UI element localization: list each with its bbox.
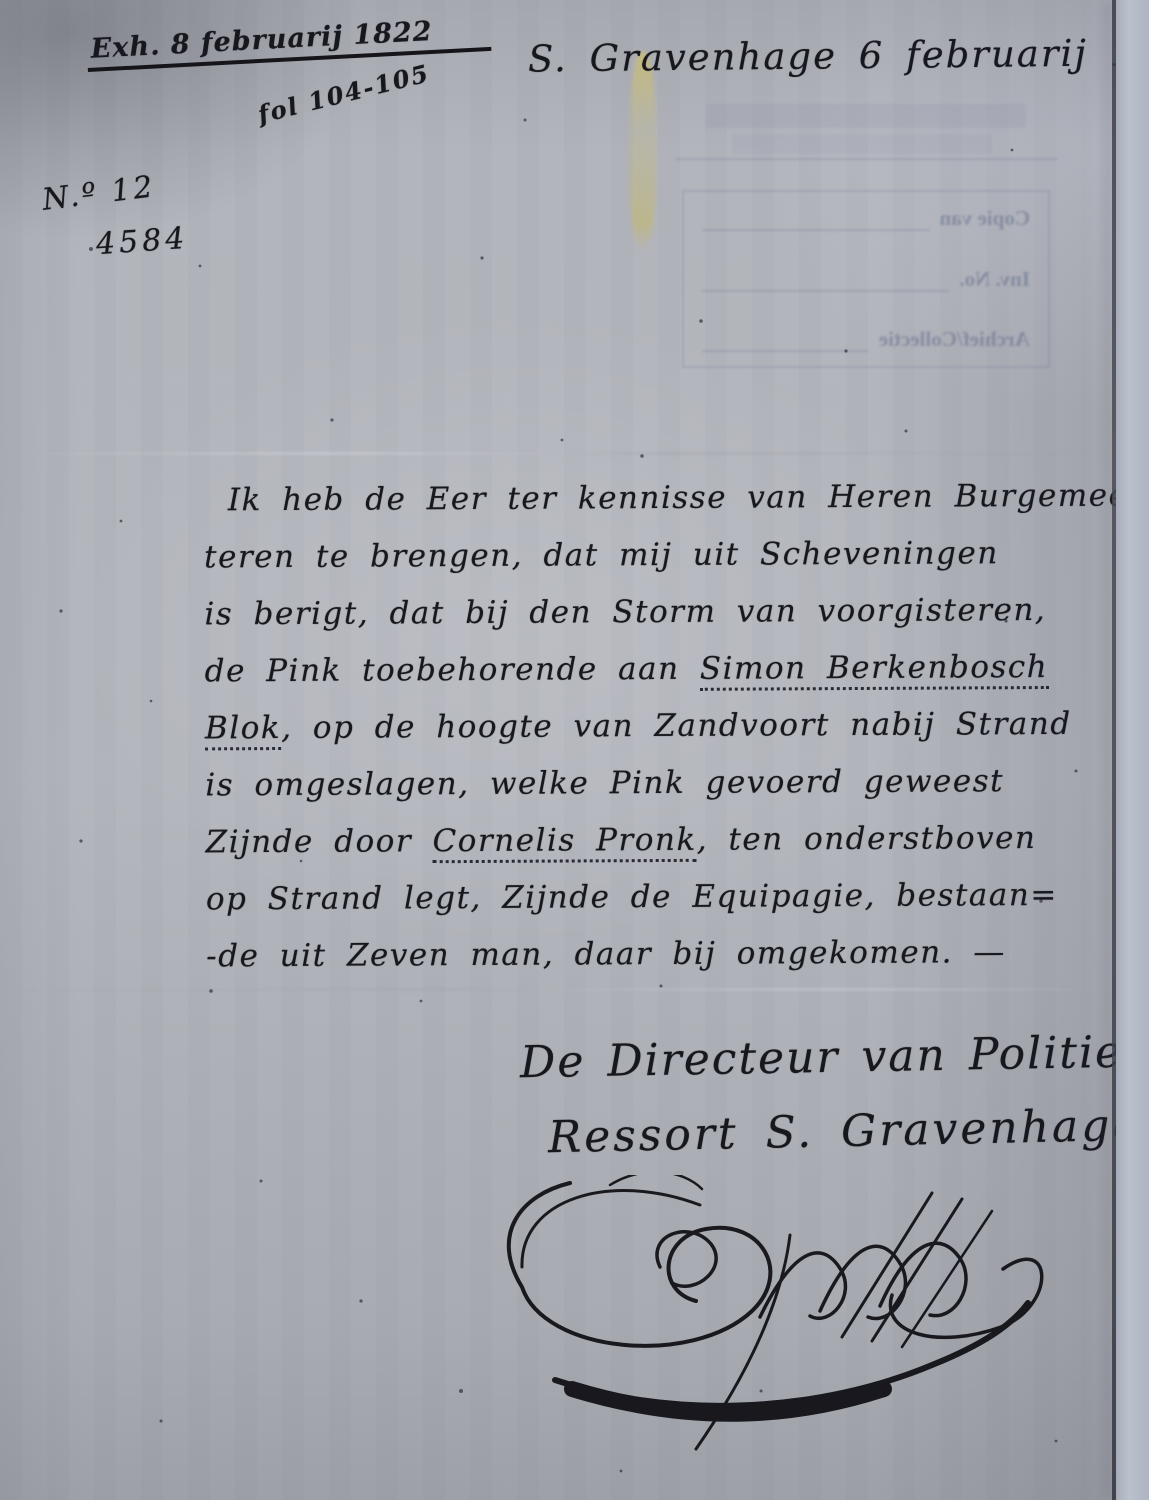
document-page: Copie vanInv. No.Archief/Collectie Exh. … — [0, 0, 1149, 1500]
stamp-box: Copie vanInv. No.Archief/Collectie — [682, 190, 1050, 368]
archive-number: 4584 — [95, 221, 190, 262]
body-text-segment: de Pink toebehorende aan — [205, 651, 700, 690]
body-text-segment: -de uit Zeven man, daar bij omgekomen. — — [206, 934, 1006, 974]
body-line-3: is berigt, dat bij den Storm van voorgis… — [204, 582, 1124, 644]
body-text-segment: , ten onderstboven — [697, 820, 1037, 858]
stamp-row-label: Copie van — [940, 206, 1030, 231]
body-text-segment: is omgeslagen, welke Pink gevoerd gewees… — [205, 763, 1004, 803]
body-line-8: op Strand legt, Zijnde de Equipagie, bes… — [206, 867, 1126, 929]
stamp-header-smudge — [732, 134, 992, 154]
underlined-name: Blok — [205, 710, 281, 750]
body-line-9: -de uit Zeven man, daar bij omgekomen. — — [206, 924, 1126, 986]
stamp-row-rule — [702, 228, 930, 231]
closing-place: Ressort S. Gravenhage — [548, 1100, 1142, 1163]
body-line-4: de Pink toebehorende aan Simon Berkenbos… — [205, 639, 1125, 701]
paper-crease — [0, 988, 1110, 991]
stamp-row-label: Inv. No. — [959, 267, 1030, 292]
stamp-row: Inv. No. — [702, 267, 1030, 292]
body-text-segment: Ik heb de Eer ter kennisse van Heren Bur… — [228, 477, 1149, 518]
body-line-1: Ik heb de Eer ter kennisse van Heren Bur… — [204, 468, 1124, 530]
body-text-segment: is berigt, dat bij den Storm van voorgis… — [204, 592, 1046, 632]
body-line-5: Blok, op de hoogte van Zandvoort nabij S… — [205, 696, 1125, 758]
body-line-2: teren te brengen, dat mij uit Schevening… — [204, 525, 1124, 587]
dateline: S. Gravenhage 6 februarij 1822 — [528, 30, 1149, 80]
signature-flourish — [460, 1175, 1080, 1475]
bleed-through-stamp: Copie vanInv. No.Archief/Collectie — [672, 90, 1064, 382]
page-edge-line — [1112, 0, 1116, 1500]
paper-crease — [0, 452, 1110, 455]
stamp-row-rule — [702, 289, 949, 292]
exhibit-annotation: Exh. 8 februarij 1822 — [86, 13, 492, 72]
body-line-6: is omgeslagen, welke Pink gevoerd gewees… — [205, 753, 1125, 815]
body-line-7: Zijnde door Cornelis Pronk, ten onderstb… — [205, 810, 1125, 872]
body-text: Ik heb de Eer ter kennisse van Heren Bur… — [204, 468, 1127, 986]
underlined-name: Simon Berkenbosch — [700, 649, 1049, 691]
closing-title: De Directeur van Politie — [520, 1027, 1124, 1089]
underlined-name: Cornelis Pronk — [432, 822, 696, 863]
underlying-page-strip — [1116, 0, 1149, 1500]
folio-annotation: fol 104-105 — [255, 58, 433, 129]
body-text-segment: Zijnde door — [206, 823, 433, 860]
stamp-row-rule — [702, 349, 869, 352]
stamp-row-label: Archief/Collectie — [879, 327, 1030, 352]
stamp-header-smudge — [706, 104, 1026, 128]
registration-number: N.º 12 — [40, 169, 157, 218]
stamp-row: Archief/Collectie — [702, 327, 1030, 352]
stamp-rule-line — [676, 158, 1058, 160]
stamp-row: Copie van — [702, 206, 1030, 231]
paper-stain — [629, 52, 656, 252]
body-text-segment: op Strand legt, Zijnde de Equipagie, bes… — [206, 877, 1058, 917]
body-text-segment: , op de hoogte van Zandvoort nabij Stran… — [281, 706, 1072, 746]
body-text-segment: teren te brengen, dat mij uit Schevening… — [204, 535, 999, 575]
